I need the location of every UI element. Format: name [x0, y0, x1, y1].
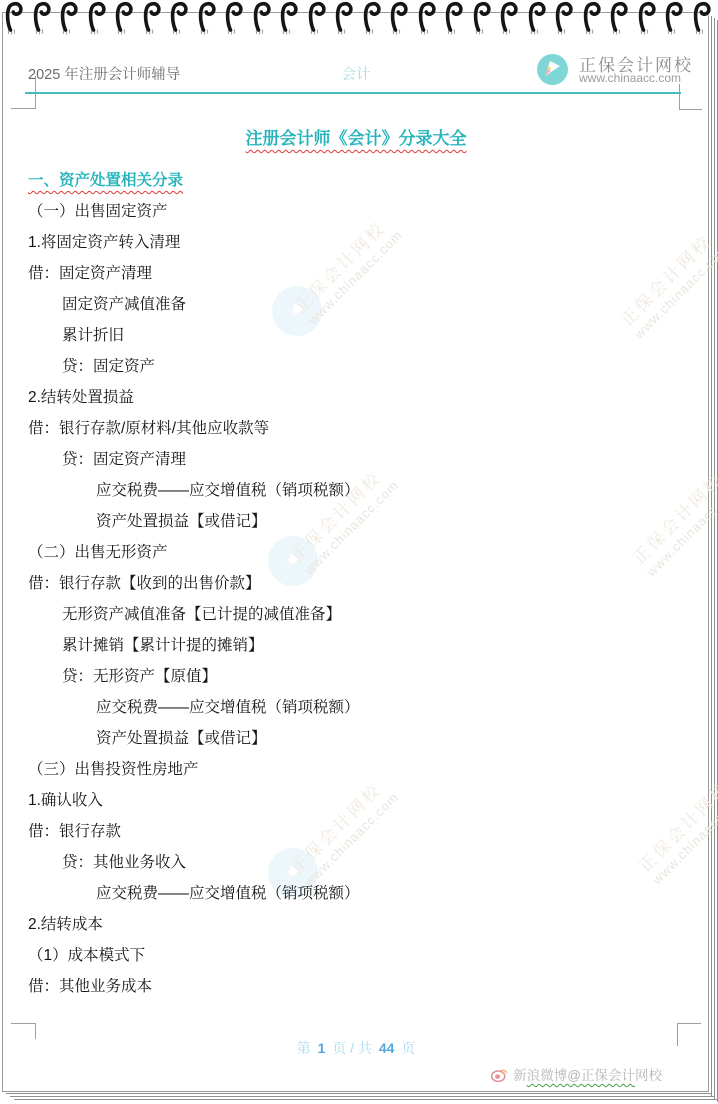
- journal-line: 1.将固定资产转入清理: [28, 227, 678, 258]
- binding-ring-icon: [554, 1, 574, 35]
- journal-line: （一）出售固定资产: [28, 196, 678, 227]
- weibo-credit: 新浪微博@正保会计网校: [491, 1064, 662, 1084]
- text-boundary-mark: [679, 84, 702, 110]
- journal-line: 累计摊销【累计计提的摊销】: [28, 630, 678, 661]
- journal-line: 应交税费——应交增值税（销项税额）: [28, 475, 678, 506]
- journal-line: 借：固定资产清理: [28, 258, 678, 289]
- binding-ring-icon: [472, 1, 492, 35]
- weibo-icon: [491, 1067, 508, 1082]
- page-stack-edge: [10, 1096, 715, 1097]
- text-boundary-mark: [11, 1023, 36, 1039]
- journal-line: 借：银行存款【收到的出售价款】: [28, 568, 678, 599]
- journal-line: 贷：固定资产清理: [28, 444, 678, 475]
- journal-line: 累计折旧: [28, 320, 678, 351]
- page-stack-edge: [711, 16, 712, 1096]
- brand-logo-icon: [537, 54, 568, 90]
- binding-ring-icon: [87, 1, 107, 35]
- brand-website: www.chinaacc.com: [579, 71, 681, 85]
- journal-line: 固定资产减值准备: [28, 289, 678, 320]
- document-title: 注册会计师《会计》分录大全: [0, 124, 712, 149]
- binding-ring-icon: [197, 1, 217, 35]
- binding-ring-icon: [664, 1, 684, 35]
- footer-suffix: 页: [401, 1040, 415, 1056]
- journal-line: 资产处置损益【或借记】: [28, 506, 678, 537]
- journal-line: （二）出售无形资产: [28, 537, 678, 568]
- weibo-handle: 新浪微博@正保会计网校: [513, 1064, 662, 1084]
- binding-ring-icon: [692, 1, 712, 35]
- binding-ring-icon: [32, 1, 52, 35]
- journal-line: 应交税费——应交增值税（销项税额）: [28, 878, 678, 909]
- journal-line: 资产处置损益【或借记】: [28, 723, 678, 754]
- journal-line: 借：银行存款/原材料/其他应收款等: [28, 413, 678, 444]
- journal-line: 2.结转处置损益: [28, 382, 678, 413]
- journal-line: 1.确认收入: [28, 785, 678, 816]
- journal-line: 贷：无形资产【原值】: [28, 661, 678, 692]
- header-divider: [25, 92, 681, 94]
- journal-line: 借：银行存款: [28, 816, 678, 847]
- journal-line: （三）出售投资性房地产: [28, 754, 678, 785]
- binding-ring-icon: [582, 1, 602, 35]
- journal-line: 贷：其他业务收入: [28, 847, 678, 878]
- page-number-footer: 第 1 页 / 共 44 页: [0, 1038, 712, 1058]
- binding-ring-icon: [114, 1, 134, 35]
- page-stack-edge: [6, 1093, 712, 1094]
- binding-ring-icon: [59, 1, 79, 35]
- binding-ring-icon: [499, 1, 519, 35]
- binding-ring-icon: [389, 1, 409, 35]
- section-heading: 一、资产处置相关分录: [28, 168, 183, 190]
- journal-line: 应交税费——应交增值税（销项税额）: [28, 692, 678, 723]
- journal-entries: （一）出售固定资产1.将固定资产转入清理借：固定资产清理固定资产减值准备累计折旧…: [28, 196, 678, 1002]
- journal-line: 借：其他业务成本: [28, 971, 678, 1002]
- footer-middle: 页 / 共: [332, 1040, 372, 1056]
- binding-ring-icon: [252, 1, 272, 35]
- binding-ring-icon: [142, 1, 162, 35]
- binding-ring-icon: [279, 1, 299, 35]
- binding-ring-icon: [637, 1, 657, 35]
- document-page: { "header": { "course": "2025 年注册会计师辅导",…: [0, 0, 718, 1104]
- binding-ring-icon: [169, 1, 189, 35]
- binding-ring-icon: [307, 1, 327, 35]
- binding-ring-icon: [444, 1, 464, 35]
- spiral-binding: [0, 0, 718, 36]
- journal-line: 贷：固定资产: [28, 351, 678, 382]
- binding-ring-icon: [4, 1, 24, 35]
- footer-prefix: 第: [297, 1040, 311, 1056]
- binding-ring-icon: [609, 1, 629, 35]
- total-page-number: 44: [376, 1040, 398, 1056]
- current-page-number: 1: [315, 1040, 329, 1056]
- page-stack-edge: [14, 1099, 718, 1100]
- binding-ring-icon: [417, 1, 437, 35]
- journal-line: 无形资产减值准备【已计提的减值准备】: [28, 599, 678, 630]
- binding-ring-icon: [334, 1, 354, 35]
- binding-ring-icon: [527, 1, 547, 35]
- page-stack-edge: [714, 18, 715, 1099]
- binding-ring-icon: [224, 1, 244, 35]
- journal-line: （1）成本模式下: [28, 940, 678, 971]
- binding-ring-icon: [362, 1, 382, 35]
- journal-line: 2.结转成本: [28, 909, 678, 940]
